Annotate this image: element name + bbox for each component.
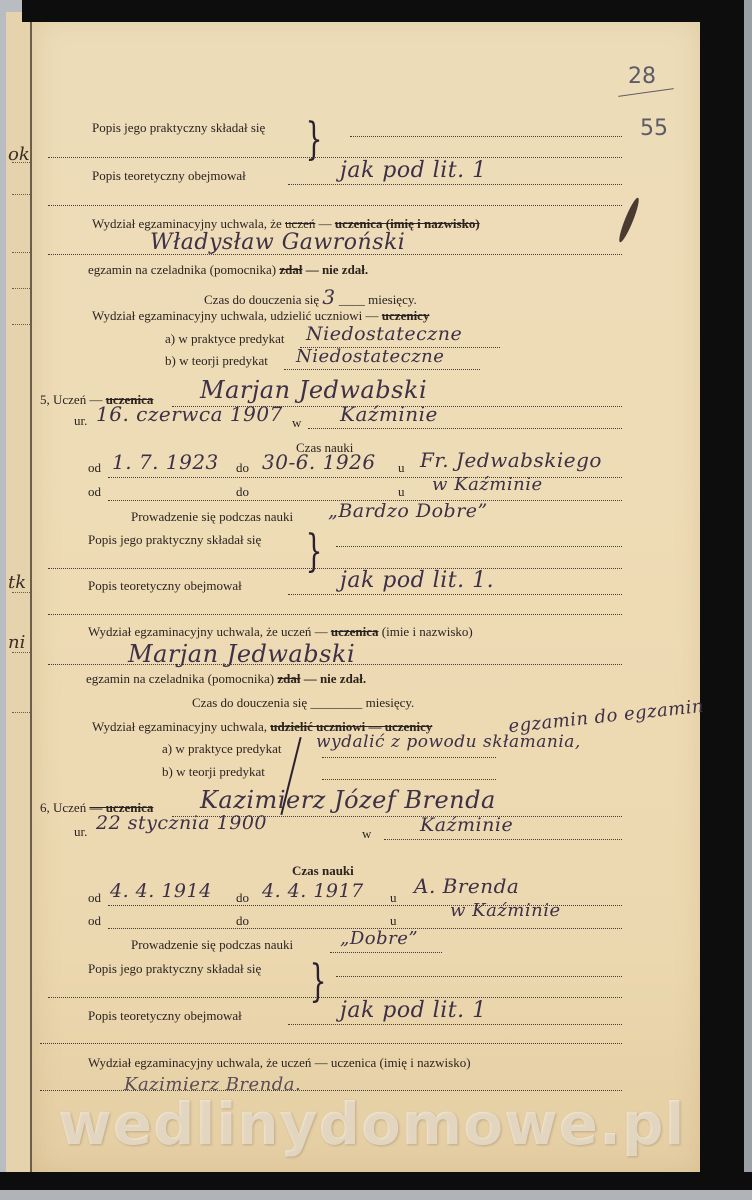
master-place: w Kaźminie — [432, 474, 543, 495]
to-date: 4. 4. 1917 — [262, 880, 364, 902]
conduct-value: „Dobre” — [340, 928, 418, 949]
backpage-fragment: ni — [8, 632, 25, 653]
theory-label: Popis teoretyczny obejmował — [88, 578, 242, 594]
brace-mark: } — [310, 960, 327, 1004]
grant-label: Wydział egzaminacyjny uchwala, udzielić … — [92, 308, 429, 324]
scan-border-bottom — [0, 1172, 752, 1200]
learning-time-heading: Czas nauki — [292, 863, 354, 879]
birth-place: Kaźminie — [340, 402, 438, 426]
to-label: do — [236, 890, 249, 906]
scan-border-right — [700, 0, 752, 1200]
birth-date: 22 stycznia 1900 — [96, 812, 267, 834]
born-in-label: w — [292, 415, 301, 431]
born-in-label: w — [362, 826, 371, 842]
at-label: u — [390, 890, 397, 906]
practical-label: Popis jego praktyczny składał się — [88, 961, 261, 977]
theory-grade-label: b) w teorji predykat — [165, 353, 268, 369]
practical-label: Popis jego praktyczny składał się — [92, 120, 265, 136]
born-label: ur. — [74, 824, 87, 840]
theory-grade-label: b) w teorji predykat — [162, 764, 265, 780]
theory-grade: Niedostateczne — [296, 346, 444, 367]
birth-place: Kaźminie — [420, 814, 513, 836]
from-date: 1. 7. 1923 — [112, 450, 219, 474]
from-label: od — [88, 890, 101, 906]
theory-value: jak pod lit. 1 — [340, 158, 487, 183]
scan-border-top — [22, 0, 752, 22]
from-date: 4. 4. 1914 — [110, 880, 212, 902]
theory-label: Popis teoretyczny obejmował — [92, 168, 246, 184]
exam-result: egzamin na czeladnika (pomocnika) zdał —… — [86, 671, 366, 687]
conduct-value: „Bardzo Dobre” — [328, 500, 488, 522]
at-label: u — [398, 460, 405, 476]
brace-mark: } — [306, 118, 323, 162]
from-label: od — [88, 913, 101, 929]
birth-date: 16. czerwca 1907 — [96, 402, 283, 426]
exam-resolution-label: Wydział egzaminacyjny uchwala, że uczeń … — [88, 624, 473, 640]
exam-result: egzamin na czeladnika (pomocnika) zdał —… — [88, 262, 368, 278]
student-name: Władysław Gawroński — [150, 230, 405, 255]
page-number: 28 — [628, 64, 656, 89]
practice-grade: Niedostateczne — [306, 323, 462, 345]
extra-time: Czas do douczenia się 3 ____ miesięcy. — [204, 285, 417, 309]
master-name: Fr. Jedwabskiego — [420, 448, 602, 472]
from-label: od — [88, 460, 101, 476]
conduct-label: Prowadzenie się podczas nauki — [131, 509, 293, 525]
theory-value: jak pod lit. 1. — [340, 568, 494, 593]
extra-time: Czas do douczenia się ________ miesięcy. — [192, 695, 414, 711]
exam-resolution-label: Wydział egzaminacyjny uchwala, że uczeń … — [88, 1055, 471, 1071]
to-label: do — [236, 460, 249, 476]
to-date: 30-6. 1926 — [262, 450, 376, 474]
to-label: do — [236, 913, 249, 929]
at-label: u — [398, 484, 405, 500]
from-label: od — [88, 484, 101, 500]
theory-label: Popis teoretyczny obejmował — [88, 1008, 242, 1024]
watermark: wedlinydomowe.pl — [58, 1090, 685, 1158]
practice-grade-label: a) w praktyce predykat — [162, 741, 281, 757]
theory-value: jak pod lit. 1 — [340, 998, 487, 1023]
student-name: Kazimierz Józef Brenda — [200, 786, 496, 814]
at-label: u — [390, 913, 397, 929]
brace-mark: } — [306, 530, 323, 574]
backpage-fragment: tk — [8, 572, 26, 593]
conduct-label: Prowadzenie się podczas nauki — [131, 937, 293, 953]
born-label: ur. — [74, 413, 87, 429]
master-place: w Kaźminie — [450, 900, 561, 921]
practical-label: Popis jego praktyczny składał się — [88, 532, 261, 548]
master-name: A. Brenda — [414, 874, 519, 898]
student-name: Marjan Jedwabski — [200, 376, 427, 404]
page-number-secondary: 55 — [640, 116, 668, 141]
to-label: do — [236, 484, 249, 500]
practice-grade: wydalić z powodu skłamania, — [316, 732, 581, 752]
practice-grade-label: a) w praktyce predykat — [165, 331, 284, 347]
